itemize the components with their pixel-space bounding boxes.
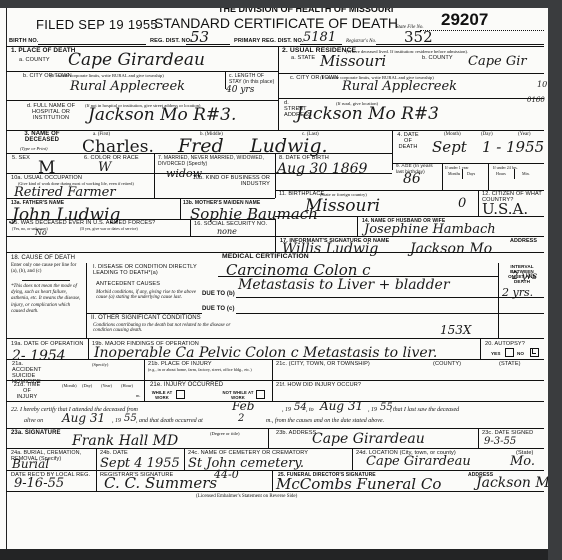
due-to-b-label: DUE TO (b): [202, 291, 235, 297]
row-line: [278, 73, 544, 74]
filed-stamp: FILED SEP 19 1955: [36, 17, 158, 32]
divider: [498, 263, 499, 338]
frame-top: [6, 46, 544, 47]
name-note: (Type or Print): [20, 146, 47, 151]
burial-state-value: Mo.: [510, 454, 535, 469]
res-city-value: Rural Applecreek: [342, 79, 457, 94]
divider: [154, 153, 155, 173]
row-line: [6, 338, 544, 339]
row-line: [278, 98, 544, 99]
informant-address-value: Jackson Mo: [410, 241, 492, 257]
medical-certification-header: MEDICAL CERTIFICATION: [222, 254, 309, 260]
disease-label: I. DISEASE OR CONDITION DIRECTLY LEADING…: [93, 264, 213, 276]
frame-bottom: [6, 491, 544, 492]
divider: [488, 163, 489, 190]
burial-date-value: Sept 4 1955: [100, 456, 180, 471]
race-label: 6. COLOR OR RACE: [84, 155, 139, 161]
cert-alive-year: 55: [124, 413, 137, 424]
cert-alive-date: Aug 31: [62, 411, 105, 425]
injury-hour-label: (Hour): [121, 383, 133, 388]
injury-how-label: 21f. HOW DID INJURY OCCUR?: [276, 382, 361, 388]
min-label: Min.: [522, 171, 530, 176]
physician-address: Cape Girardeau: [312, 431, 425, 447]
line-b: [236, 297, 498, 298]
cert-to-year-prefix: , 19: [368, 408, 377, 413]
row-line: [6, 153, 392, 154]
row-line: [498, 297, 544, 298]
divider: [442, 163, 443, 190]
row-line: [275, 190, 544, 191]
armed-note-b: (If yes, give war or dates of service): [80, 226, 138, 231]
res-street-extra: 0160: [527, 96, 545, 104]
divider: [184, 448, 185, 470]
name-label: 3. NAME OF DECEASED: [16, 131, 68, 143]
date-signed-value: 9-3-55: [484, 436, 516, 447]
birthplace-extra: 0: [458, 196, 466, 211]
divider: [514, 169, 515, 179]
address-label: 23b. ADDRESS: [276, 430, 316, 436]
section-line: [6, 130, 544, 131]
injury-year-label: (Year): [101, 383, 112, 388]
physician-signature: Frank Hall MD: [72, 433, 178, 449]
death-city-value: Rural Applecreek: [70, 79, 185, 94]
divider: [478, 428, 479, 448]
operation-date-label: 19a. DATE OF OPERATION: [11, 341, 91, 347]
primary-reg-label: PRIMARY REG. DIST. NO.: [234, 38, 304, 44]
divider: [478, 190, 479, 216]
signature-label: 23a. SIGNATURE: [11, 430, 61, 436]
marital-label: 7. MARRIED, NEVER MARRIED, WIDOWED, DIVO…: [158, 155, 268, 167]
injury-county-label: (COUNTY): [433, 361, 461, 367]
row-line: [498, 313, 544, 314]
while-at-work-checkbox[interactable]: [176, 390, 185, 399]
hospital-value: Jackson Mo R#3.: [88, 105, 236, 125]
page-left-border: [0, 8, 7, 549]
row-line: [6, 380, 544, 381]
other-conditions-label: II. OTHER SIGNIFICANT CONDITIONS: [91, 315, 201, 321]
viewer-scrollbar[interactable]: [548, 8, 562, 560]
row-line: [6, 71, 278, 72]
row-line: [6, 219, 275, 220]
cert-text-3: m., from the causes and on the date stat…: [266, 419, 384, 424]
footnote-rule: [22, 280, 70, 281]
divider: [180, 198, 181, 220]
row-line: [6, 428, 544, 429]
sex-label: 5. SEX: [12, 155, 30, 161]
divider: [352, 448, 353, 470]
injury-month-label: (Month): [62, 383, 77, 388]
death-day-value: 1 -: [482, 138, 501, 156]
row-line: [6, 359, 544, 360]
cert-death-at-label: , and that death occurred at: [136, 419, 203, 424]
county-label: a. COUNTY: [19, 57, 50, 63]
divider: [392, 130, 393, 170]
registrar-no-label: Registrar's No.: [346, 39, 376, 44]
interval-a-value: 2 yrs: [512, 271, 537, 282]
days-label: Days: [467, 171, 475, 176]
row-line: [6, 401, 544, 402]
first-name-value: Charles.: [82, 137, 154, 157]
spouse-value: Josephine Hambach: [364, 222, 496, 237]
divider: [275, 153, 276, 173]
registrar-signature: C. C. Summers: [104, 474, 217, 492]
section-line: [6, 448, 544, 449]
viewer-top-bar: [0, 0, 562, 8]
row-line: [6, 173, 392, 174]
other-conditions-note: Conditions contributing to the death but…: [93, 323, 243, 333]
row-line: [6, 470, 544, 471]
autopsy-yes-label: YES: [491, 351, 501, 357]
res-street-value: Jackson Mo R#3: [296, 104, 439, 124]
cause-instructions: Enter only one cause per line for (a), (…: [11, 263, 83, 275]
injury-m-label: m.: [136, 393, 141, 398]
antecedent-note: Morbid conditions, if any, giving rise t…: [96, 290, 200, 300]
injury-city-label: 21c. (CITY, TOWN, OR TOWNSHIP): [276, 361, 370, 367]
age-value: 86: [403, 171, 421, 187]
informant-address-label: ADDRESS: [510, 238, 537, 244]
reg-dist-line: [186, 44, 230, 45]
division-heading: THE DIVISION OF HEALTH OF MISSOURI: [218, 8, 393, 14]
birth-no-label: BIRTH NO.: [9, 38, 39, 44]
months-label: Months: [448, 171, 460, 176]
injury-specify-label: (Specify): [92, 362, 108, 367]
armed-value: No: [35, 228, 47, 237]
state-file-line: [420, 30, 544, 31]
injury-day-label: (Day): [82, 383, 92, 388]
row-line: [275, 216, 544, 217]
autopsy-label: 20. AUTOPSY?: [485, 341, 525, 347]
cert-from-year-prefix: , 19: [282, 408, 291, 413]
divider: [357, 216, 358, 236]
death-year-value: 1955: [506, 138, 544, 156]
primary-reg-no: 5181: [303, 30, 336, 45]
burial-location-value: Cape Girardeau: [366, 454, 471, 469]
res-state-value: Missouri: [320, 52, 386, 70]
row-line: [86, 313, 202, 314]
death-month-label: (Month): [444, 132, 461, 137]
injury-occurred-label: 21e. INJURY OCCURRED: [150, 382, 223, 388]
not-while-at-work-checkbox[interactable]: [256, 390, 265, 399]
registrar-line: [376, 44, 544, 45]
degree-label: (Degree or title): [210, 431, 240, 436]
hospital-label: d. FULL NAME OF HOSPITAL OR INSTITUTION: [20, 103, 82, 121]
res-city-extra: 10: [537, 80, 547, 89]
cert-from-year: 54: [294, 402, 307, 413]
viewer-bottom-bar: [0, 549, 548, 560]
injury-time-label: 21d. TIME OF INJURY: [12, 382, 42, 400]
cemetery-value: St John cemetery.: [188, 456, 304, 471]
date-received-value: 9-16-55: [14, 476, 64, 491]
line-c: [236, 313, 498, 314]
divider: [462, 169, 463, 179]
date-of-death-label: 4. DATE OF DEATH: [397, 132, 419, 150]
burial-value: Burial: [12, 457, 49, 471]
ssn-value: none: [217, 227, 237, 236]
hours-label: Hours: [496, 171, 506, 176]
embalmer-note: (Licensed Embalmer's Statement on Revers…: [196, 494, 297, 499]
birth-no-line: [38, 44, 146, 45]
cause-code: 153X: [440, 323, 471, 337]
state-file-number: 29207: [441, 10, 488, 30]
under-year-label: If under 1 year: [445, 165, 469, 170]
cause-label: 18. CAUSE OF DEATH: [11, 255, 75, 261]
while-at-work-label: WHILE AT WORK: [150, 391, 174, 400]
injury-state-label: (STATE): [499, 361, 521, 367]
death-certificate-page: THE DIVISION OF HEALTH OF MISSOURI FILED…: [0, 8, 548, 549]
antecedent-label: ANTECEDENT CAUSES: [96, 281, 160, 287]
birth-date-value: Aug 30 1869: [277, 161, 367, 177]
registrar-code: 44-0: [214, 468, 239, 481]
divider: [190, 219, 191, 236]
place-of-death-label: 1. PLACE OF DEATH: [11, 48, 75, 54]
row-line: [392, 163, 544, 164]
divider: [86, 263, 87, 338]
length-of-stay-value: 40 yrs: [226, 85, 254, 95]
funeral-address-value: Jackson Mo.: [476, 475, 548, 491]
cert-text-2: , that I last saw the deceased: [390, 408, 459, 413]
divider: [272, 470, 273, 491]
cert-alive-label: alive on: [24, 419, 43, 424]
death-county-value: Cape Girardeau: [68, 50, 205, 70]
disease-b-value: Metastasis to Liver + bladder: [238, 277, 450, 293]
city-note: (If outside corporate limits, write RURA…: [50, 73, 164, 78]
divider: [275, 173, 276, 198]
autopsy-yes-checkbox[interactable]: [505, 348, 514, 357]
res-county-value: Cape Gir: [468, 54, 527, 69]
res-county-label: b. COUNTY: [422, 55, 453, 61]
cert-from-month: Feb: [232, 399, 254, 413]
autopsy-no-label: NO: [517, 351, 524, 357]
row-line: [6, 100, 278, 101]
death-day-label: (Day): [481, 132, 493, 137]
divider: [88, 338, 89, 359]
stay-label: c. LENGTH OF STAY (in this place): [229, 73, 277, 85]
business-label: 10b. KIND OF BUSINESS OR INDUSTRY: [162, 175, 270, 187]
divider-place-residence: [278, 46, 279, 130]
res-state-label: a. STATE: [291, 55, 315, 61]
cert-to-date: Aug 31: [320, 399, 363, 413]
divider: [154, 173, 155, 198]
divider: [275, 219, 276, 252]
cert-alive-year-prefix: , 19: [112, 419, 121, 424]
divider: [480, 338, 481, 359]
cert-death-at: 2: [238, 413, 244, 424]
injury-place-note: (e.g., in or about home, farm, factory, …: [148, 367, 270, 372]
cert-to-label: , to: [306, 408, 314, 413]
death-month-value: Sept: [432, 138, 467, 156]
row-line: [6, 198, 275, 199]
due-to-c-label: DUE TO (c): [202, 306, 235, 312]
cause-footnote: *This does not mean the mode of dying, s…: [11, 284, 83, 315]
primary-reg-line: [300, 44, 342, 45]
divider: [268, 428, 269, 448]
death-year-label: (Year): [518, 132, 531, 137]
autopsy-no-checkbox[interactable]: [530, 348, 539, 357]
